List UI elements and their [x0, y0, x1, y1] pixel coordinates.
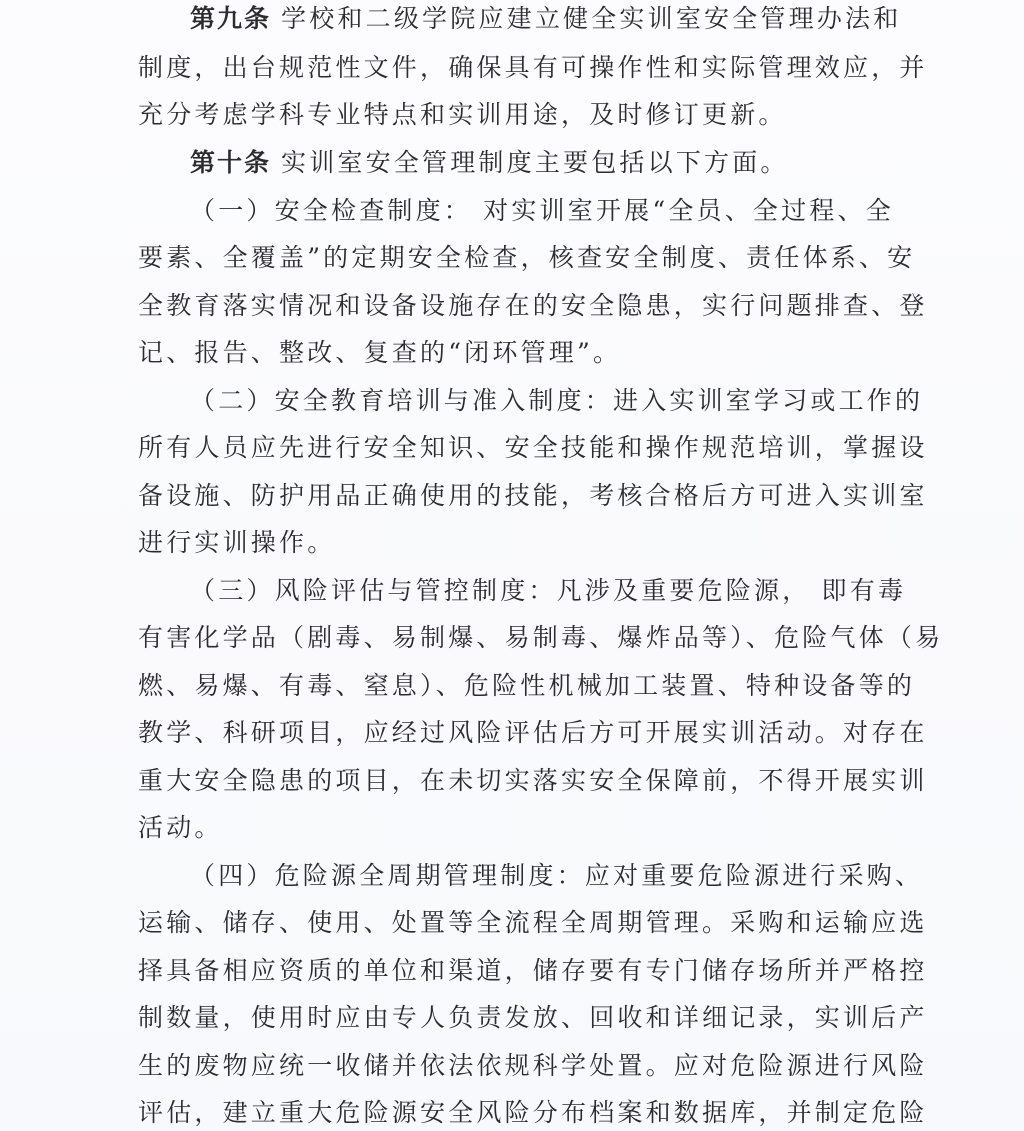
section-4-line-1: （四）危险源全周期管理制度：应对重要危险源进行采购、 [190, 861, 908, 891]
article-9-label: 第九条 [190, 4, 271, 33]
section-3-line-4: 教学、科研项目，应经过风险评估后方可开展实训活动。对存在 [138, 718, 908, 748]
article-9-text: 学校和二级学院应建立健全实训室安全管理办法和 [281, 4, 901, 33]
section-2-line-2: 所有人员应先进行安全知识、安全技能和操作规范培训，掌握设 [138, 433, 908, 463]
article-10-label: 第十条 [190, 148, 271, 177]
article-9-line-2: 制度，出台规范性文件，确保具有可操作性和实际管理效应，并 [138, 53, 908, 83]
section-4-line-4: 制数量，使用时应由专人负责发放、回收和详细记录，实训后产 [138, 1003, 908, 1033]
section-3-line-6: 活动。 [138, 813, 908, 843]
article-10-text: 实训室安全管理制度主要包括以下方面。 [281, 148, 789, 177]
section-3-line-5: 重大安全隐患的项目，在未切实落实安全保障前，不得开展实训 [138, 766, 908, 796]
section-3-line-3: 燃、易爆、有毒、窒息）、危险性机械加工装置、特种设备等的 [138, 671, 908, 701]
section-4-line-3: 择具备相应资质的单位和渠道，储存要有专门储存场所并严格控 [138, 956, 908, 986]
section-1-line-1: （一）安全检查制度： 对实训室开展“全员、全过程、全 [190, 196, 908, 226]
section-3-line-1: （三）风险评估与管控制度：凡涉及重要危险源， 即有毒 [190, 576, 908, 606]
document-page: 第九条学校和二级学院应建立健全实训室安全管理办法和 制度，出台规范性文件，确保具… [0, 0, 1024, 1131]
section-4-line-6: 评估，建立重大危险源安全风险分布档案和数据库，并制定危险 [138, 1098, 908, 1128]
section-2-line-3: 备设施、防护用品正确使用的技能，考核合格后方可进入实训室 [138, 481, 908, 511]
section-2-line-1: （二）安全教育培训与准入制度：进入实训室学习或工作的 [190, 386, 908, 416]
article-9-line-3: 充分考虑学科专业特点和实训用途，及时修订更新。 [138, 100, 908, 130]
article-9-line-1: 第九条学校和二级学院应建立健全实训室安全管理办法和 [190, 4, 908, 34]
section-1-line-2: 要素、全覆盖”的定期安全检查，核查安全制度、责任体系、安 [138, 243, 908, 273]
section-1-line-3: 全教育落实情况和设备设施存在的安全隐患，实行问题排查、登 [138, 291, 908, 321]
section-4-line-5: 生的废物应统一收储并依法依规科学处置。应对危险源进行风险 [138, 1051, 908, 1081]
section-1-line-4: 记、报告、整改、复查的“闭环管理”。 [138, 338, 908, 368]
section-2-line-4: 进行实训操作。 [138, 528, 908, 558]
section-3-line-2: 有害化学品（剧毒、易制爆、易制毒、爆炸品等）、危险气体（易 [138, 623, 908, 653]
article-10-line-1: 第十条实训室安全管理制度主要包括以下方面。 [190, 148, 908, 178]
section-4-line-2: 运输、储存、使用、处置等全流程全周期管理。采购和运输应选 [138, 908, 908, 938]
